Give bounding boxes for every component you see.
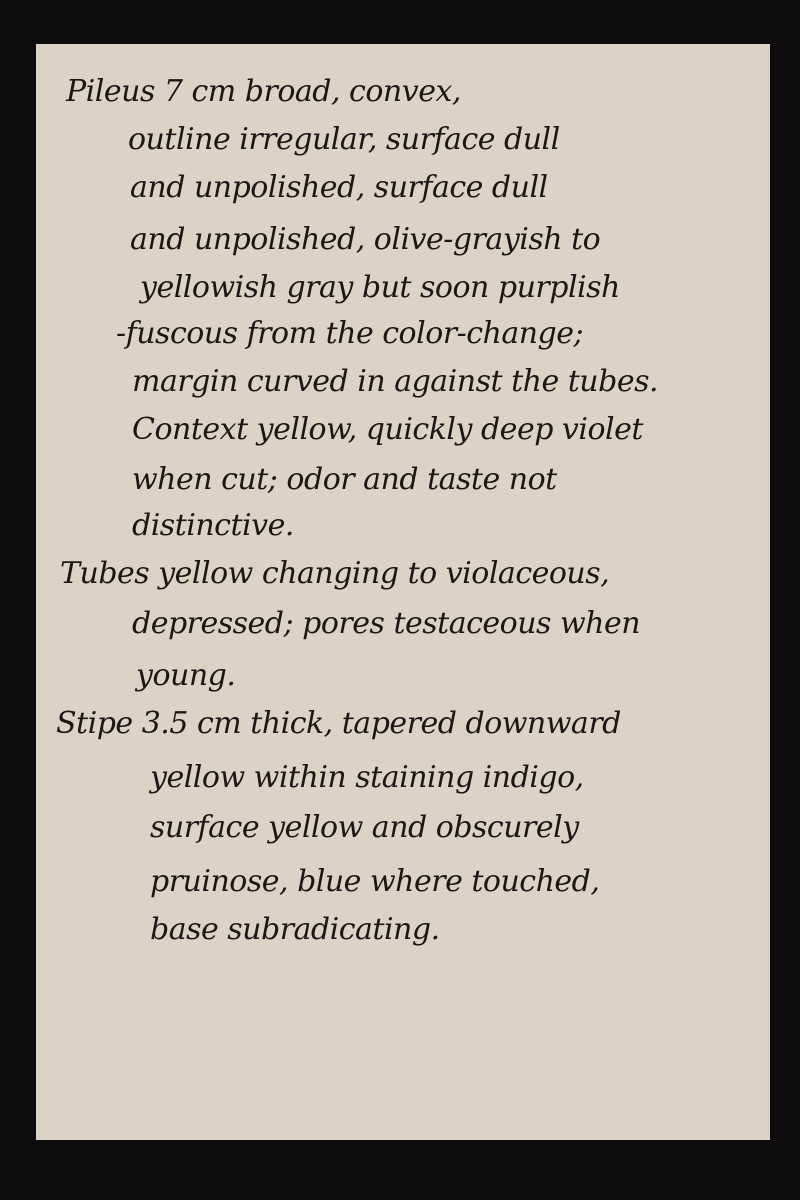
note-line-pileus: Pileus 7 cm broad, convex,: [66, 72, 461, 112]
note-line: margin curved in against the tubes.: [132, 362, 658, 402]
note-line-stipe: Stipe 3.5 cm thick, tapered downward: [56, 704, 621, 744]
note-line: distinctive.: [132, 506, 294, 546]
handwritten-note-card: Pileus 7 cm broad, convex, outline irreg…: [36, 44, 770, 1140]
note-line-tubes: Tubes yellow changing to violaceous,: [60, 554, 609, 594]
note-line: yellow within staining indigo,: [150, 758, 584, 798]
note-line: -fuscous from the color-change;: [116, 314, 583, 354]
note-line: outline irregular, surface dull: [128, 120, 560, 160]
note-line: and unpolished, surface dull: [130, 168, 548, 208]
note-line: pruinose, blue where touched,: [150, 862, 599, 902]
note-line: when cut; odor and taste not: [132, 460, 557, 500]
note-line: young.: [136, 656, 235, 696]
note-line: and unpolished, olive-grayish to: [130, 220, 600, 260]
note-line: surface yellow and obscurely: [150, 808, 579, 848]
note-line: base subradicating.: [150, 910, 440, 950]
note-line: yellowish gray but soon purplish: [140, 268, 620, 308]
note-line: depressed; pores testaceous when: [132, 604, 640, 644]
note-line-context: Context yellow, quickly deep violet: [132, 410, 643, 450]
